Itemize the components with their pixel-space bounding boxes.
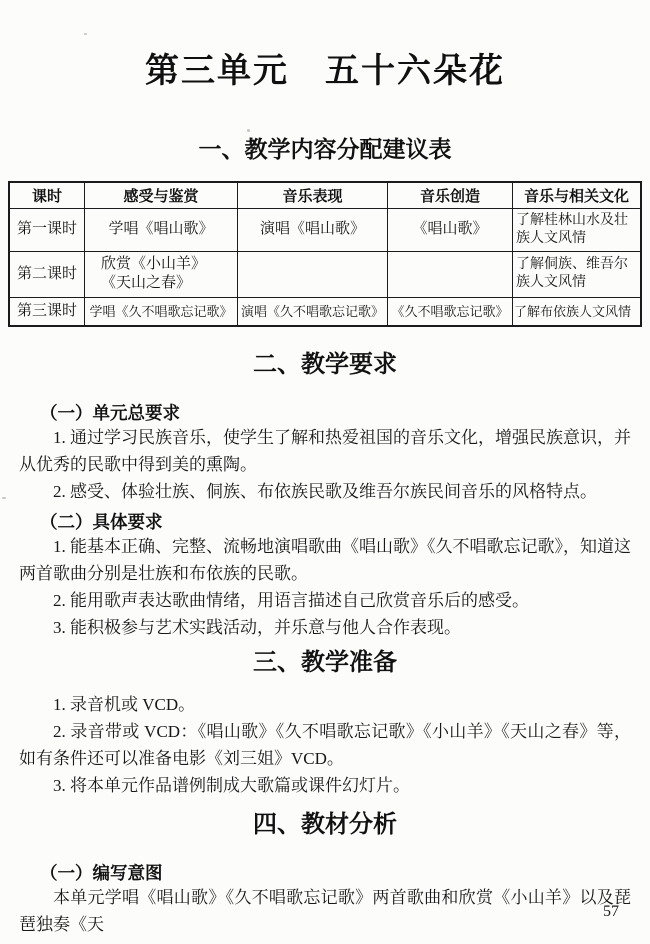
table-cell: 欣赏《小山羊》 《天山之春》 xyxy=(85,251,238,297)
section-heading-allocation: 一、教学内容分配建议表 xyxy=(0,135,650,164)
table-cell: 第二课时 xyxy=(9,251,85,297)
table-cell: 了解侗族、维吾尔族人文风情 xyxy=(513,251,642,297)
table-cell: 《唱山歌》 xyxy=(388,208,513,251)
req-specific-item: 2. 能用歌声表达歌曲情绪，用语言描述自己欣赏音乐后的感受。 xyxy=(19,587,631,614)
table-cell xyxy=(388,251,513,297)
section-heading-preparation: 三、教学准备 xyxy=(0,649,650,678)
allocation-table-body: 第一课时 学唱《唱山歌》 演唱《唱山歌》 《唱山歌》 了解桂林山水及壮族人文风情… xyxy=(9,208,641,326)
prep-item: 2. 录音带或 VCD：《唱山歌》《久不唱歌忘记歌》《小山羊》《天山之春》等，如… xyxy=(19,718,631,772)
prep-item: 3. 将本单元作品谱例制成大歌篇或课件幻灯片。 xyxy=(19,772,631,799)
col-header-period: 课时 xyxy=(9,182,85,209)
section-heading-requirements: 二、教学要求 xyxy=(0,351,650,380)
table-row: 第三课时 学唱《久不唱歌忘记歌》 演唱《久不唱歌忘记歌》 《久不唱歌忘记歌》 了… xyxy=(9,297,641,326)
subheading-specific-requirements: （二）具体要求 xyxy=(40,511,631,533)
prep-item: 1. 录音机或 VCD。 xyxy=(19,691,631,718)
table-cell: 了解桂林山水及壮族人文风情 xyxy=(513,208,642,251)
req-specific-item: 3. 能积极参与艺术实践活动，并乐意与他人合作表现。 xyxy=(19,614,631,641)
analysis-paragraph: 本单元学唱《唱山歌》《久不唱歌忘记歌》两首歌曲和欣赏《小山羊》以及琵琶独奏《天 xyxy=(19,884,631,938)
table-row: 第一课时 学唱《唱山歌》 演唱《唱山歌》 《唱山歌》 了解桂林山水及壮族人文风情 xyxy=(9,208,641,251)
table-cell: 学唱《唱山歌》 xyxy=(85,208,238,251)
document-page: 第三单元 五十六朵花 一、教学内容分配建议表 课时 感受与鉴赏 音乐表现 音乐创… xyxy=(0,0,650,944)
unit-title: 第三单元 五十六朵花 xyxy=(0,52,650,91)
col-header-appreciate: 感受与鉴赏 xyxy=(85,182,238,209)
table-cell: 演唱《唱山歌》 xyxy=(238,208,388,251)
table-header-row: 课时 感受与鉴赏 音乐表现 音乐创造 音乐与相关文化 xyxy=(9,182,641,209)
scan-speck xyxy=(2,497,6,499)
scan-speck xyxy=(247,129,250,132)
page-number: 57 xyxy=(603,903,619,921)
req-general-item: 1. 通过学习民族音乐，使学生了解和热爱祖国的音乐文化，增强民族意识，并从优秀的… xyxy=(19,424,631,478)
allocation-table: 课时 感受与鉴赏 音乐表现 音乐创造 音乐与相关文化 第一课时 学唱《唱山歌》 … xyxy=(8,181,642,327)
col-header-culture: 音乐与相关文化 xyxy=(513,182,642,209)
scan-speck xyxy=(84,33,87,35)
table-cell: 第三课时 xyxy=(9,297,85,326)
req-specific-item: 1. 能基本正确、完整、流畅地演唱歌曲《唱山歌》《久不唱歌忘记歌》，知道这两首歌… xyxy=(19,533,631,587)
col-header-creation: 音乐创造 xyxy=(388,182,513,209)
table-cell: 学唱《久不唱歌忘记歌》 xyxy=(85,297,238,326)
req-general-item: 2. 感受、体验壮族、侗族、布依族民歌及维吾尔族民间音乐的风格特点。 xyxy=(19,478,631,505)
subheading-writing-intent: （一）编写意图 xyxy=(40,862,631,884)
allocation-table-head: 课时 感受与鉴赏 音乐表现 音乐创造 音乐与相关文化 xyxy=(9,182,641,209)
table-cell xyxy=(238,251,388,297)
table-row: 第二课时 欣赏《小山羊》 《天山之春》 了解侗族、维吾尔族人文风情 xyxy=(9,251,641,297)
table-cell: 《久不唱歌忘记歌》 xyxy=(388,297,513,326)
section-heading-analysis: 四、教材分析 xyxy=(0,811,650,840)
subheading-general-requirements: （一）单元总要求 xyxy=(40,402,631,424)
table-cell: 演唱《久不唱歌忘记歌》 xyxy=(238,297,388,326)
table-cell: 第一课时 xyxy=(9,208,85,251)
table-cell: 了解布依族人文风情 xyxy=(513,297,642,326)
col-header-performance: 音乐表现 xyxy=(238,182,388,209)
